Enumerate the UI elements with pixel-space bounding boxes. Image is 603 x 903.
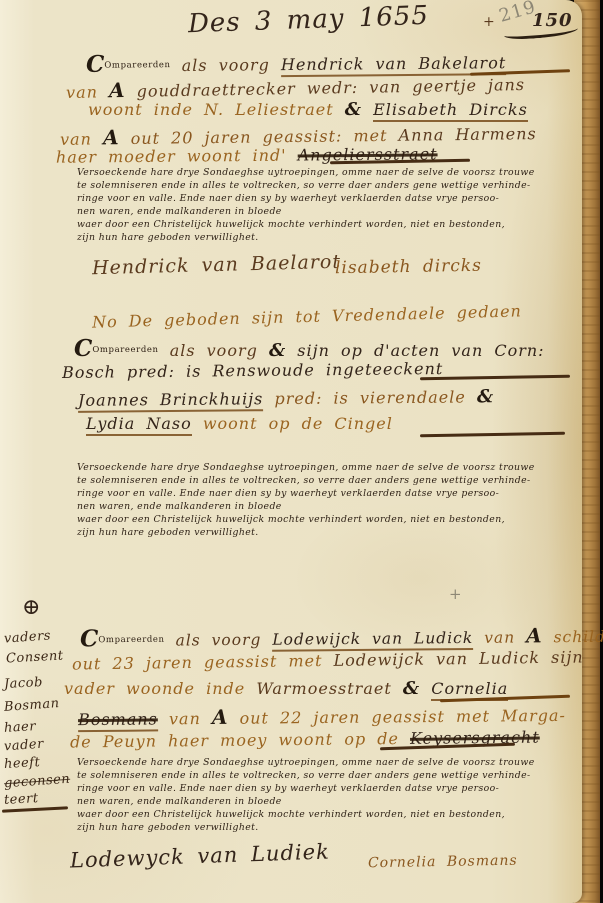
formula-line: Versoeckende hare drye Sondaeghse uytroe… [77, 166, 535, 179]
margin-word: Jacob [4, 675, 44, 692]
margin-word: vaders [4, 628, 52, 646]
banns-note: No De geboden sijn tot Vredendaele gedae… [92, 302, 522, 331]
margin-word: haer [4, 719, 37, 736]
entry2-line4: Lydia Naso woont op de Cingel [86, 415, 393, 433]
entry1-l2c: gouddraettrecker wedr: van geertje jans [136, 75, 525, 101]
formula-line: zijn hun hare geboden verwillighet. [77, 231, 535, 244]
margin-word: geconsen [4, 772, 71, 792]
entry3-line5: de Peuyn haer moey woont op de Keysersgr… [70, 729, 540, 752]
formula-line: ringe voor en valle. Ende naer dien sy b… [77, 192, 535, 205]
entry1-l4a: van [60, 130, 92, 149]
formula-block-3: Versoeckende hare drye Sondaeghse uytroe… [77, 756, 535, 834]
formula-line: nen waren, ende malkanderen in bloede [77, 205, 535, 218]
margin-symbol: ⊕ [22, 596, 41, 620]
entry1-l5a: haer moeder woont ind' [56, 146, 287, 167]
entry3-l1b: van [484, 629, 515, 647]
entry3-occupation: schilder [553, 628, 603, 647]
entry3-l4b: van [169, 709, 201, 728]
formula-block-2: Versoeckende hare drye Sondaeghse uytroe… [77, 461, 535, 539]
formula-line: te solemniseren ende in alles te voltrec… [77, 474, 535, 487]
entry3-l5a: de Peuyn haer moey woont op de [70, 729, 399, 751]
paper-sheet: Des 3 may 1655 + 219 150 COmpareerden al… [0, 0, 582, 903]
formula-line: waer door een Christelijck huwelijck moc… [77, 513, 535, 526]
entry3-l3a: vader woonde inde [64, 679, 245, 698]
entry1-als-voorg: als voorg [182, 55, 270, 75]
formula-line: te solemniseren ende in alles te voltrec… [77, 769, 535, 782]
entry1-opening: Ompareerden [104, 60, 170, 71]
formula-block-1: Versoeckende hare drye Sondaeghse uytroe… [77, 166, 535, 244]
entry1-initial: C [86, 51, 105, 78]
formula-line: te solemniseren ende in alles te voltrec… [77, 179, 535, 192]
entry3-father-name: Lodewijck van Ludick sijn [333, 647, 583, 669]
entry3-ampersand: & [403, 678, 420, 699]
formula-line: waer door een Christelijck huwelijck moc… [77, 218, 535, 231]
formula-line: ringe voor en valle. Ende naer dien sy b… [77, 487, 535, 500]
margin-word: Bosman [4, 696, 60, 715]
entry2-als-voorg: als voorg [170, 341, 258, 360]
entry2-opening: Ompareerden [92, 345, 158, 355]
entry3-bride-surname: Bosmans [78, 709, 158, 732]
formula-line: ringe voor en valle. Ende naer dien sy b… [77, 782, 535, 795]
entry1-capital-a: A [109, 78, 126, 102]
pen-stroke [420, 432, 565, 438]
folio-underline-flourish [504, 23, 579, 40]
entry3-initial: C [80, 625, 99, 652]
formula-line: Versoeckende hare drye Sondaeghse uytroe… [77, 756, 535, 769]
formula-line: zijn hun hare geboden verwillighet. [77, 526, 535, 539]
entry2-l2: Bosch pred: is Renswoude ingeteeckent [62, 359, 443, 382]
entry2-l3b: pred: is vierendaele [274, 387, 466, 408]
entry2-line1: COmpareerden als voorg & sijn op d'acten… [74, 336, 545, 361]
entry1-mother-name: Anna Harmens [398, 124, 536, 145]
entry3-line2: out 23 jaren geassist met Lodewijck van … [72, 648, 584, 673]
signature-bride-1: lisabeth dircks [335, 257, 482, 278]
entry2-ampersand: & [269, 340, 286, 361]
cross-mark-top: + [483, 15, 496, 30]
formula-line: nen waren, ende malkanderen in bloede [77, 500, 535, 513]
entry1-capital-a2: A [103, 125, 120, 149]
signature-bride-2: Cornelia Bosmans [368, 854, 518, 872]
entry1-line3: woont inde N. Leliestraet & Elisabeth Di… [88, 100, 528, 120]
margin-word: Consent [6, 649, 64, 667]
entry3-line3: vader woonde inde Warmoesstraet & Cornel… [64, 679, 508, 699]
signature-groom-2: Lodewyck van Ludiek [70, 840, 330, 872]
margin-word: vader [4, 737, 45, 755]
entry2-line2: Bosch pred: is Renswoude ingeteeckent [62, 360, 443, 382]
margin-word: heeft [4, 755, 41, 772]
formula-line: waer door een Christelijck huwelijck moc… [77, 808, 535, 821]
formula-line: nen waren, ende malkanderen in bloede [77, 795, 535, 808]
header-date: Des 3 may 1655 [188, 2, 430, 39]
entry2-ampersand2: & [477, 386, 494, 407]
signature-groom-1: Hendrick van Baelarot [92, 252, 341, 279]
cross-mark-middle: + [449, 586, 463, 603]
entry2-l1b: sijn op d'acten van Corn: [297, 341, 544, 360]
entry2-groom-name: Joannes Brinckhuijs [78, 389, 264, 413]
entry2-bride-name: Lydia Naso [86, 414, 192, 436]
entry1-ampersand: & [345, 99, 362, 120]
manuscript-page-scan: Des 3 may 1655 + 219 150 COmpareerden al… [0, 0, 603, 903]
entry3-als-voorg: als voorg [175, 631, 261, 650]
margin-word: teert [4, 791, 39, 808]
entry2-l4b: woont op de Cingel [203, 414, 393, 433]
entry2-initial: C [74, 335, 92, 362]
entry3-l4d: out 22 jaren geassist met Marga- [239, 706, 565, 728]
entry1-l3a: woont inde N. Leliestraet [88, 100, 334, 119]
formula-line: Versoeckende hare drye Sondaeghse uytroe… [77, 461, 535, 474]
entry3-l2a: out 23 jaren geassist met [72, 651, 323, 673]
entry3-capital-a2: A [212, 705, 229, 729]
entry3-line1: COmpareerden als voorg Lodewijck van Lud… [80, 622, 603, 652]
entry3-capital-a: A [526, 623, 543, 647]
entry2-line3: Joannes Brinckhuijs pred: is vierendaele… [78, 387, 494, 410]
entry3-line4: Bosmans van A out 22 jaren geassist met … [78, 703, 566, 729]
entry1-bride-name: Elisabeth Dircks [373, 100, 528, 122]
entry3-street: Warmoesstraet [256, 679, 391, 698]
entry3-groom-name: Lodewijck van Ludick [272, 629, 473, 652]
formula-line: zijn hun hare geboden verwillighet. [77, 821, 535, 834]
entry3-opening: Ompareerden [98, 635, 164, 646]
